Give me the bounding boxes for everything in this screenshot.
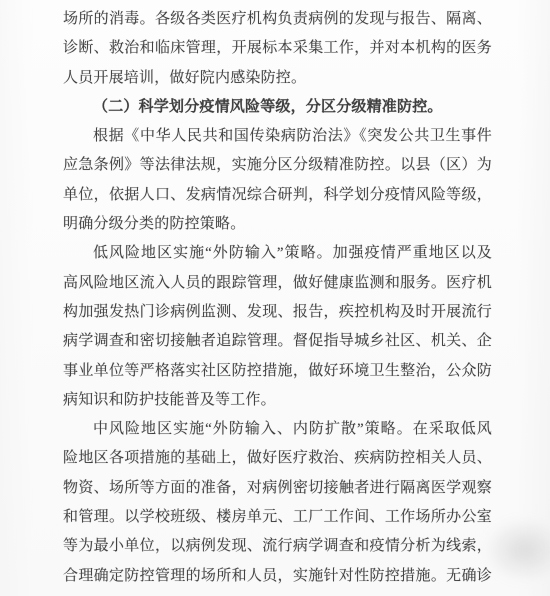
- text-line: 明确分级分类的防控策略。: [63, 210, 492, 239]
- text-line: 单位，依据人口、发病情况综合研判，科学划分疫情风险等级，: [63, 181, 492, 210]
- text-line: 等为最小单位，以病例发现、流行病学调查和疫情分析为线索，: [63, 532, 492, 561]
- text-line: 根据《中华人民共和国传染病防治法》《突发公共卫生事件: [63, 122, 492, 151]
- text-line: 物资、场所等方面的准备，对病例密切接触者进行隔离医学观察: [63, 474, 492, 503]
- text-line: 应急条例》等法律法规，实施分区分级精准防控。以县（区）为: [63, 151, 492, 180]
- text-line: 和管理。以学校班级、楼房单元、工厂工作间、工作场所办公室: [63, 503, 492, 532]
- document-page: 场所的消毒。各级各类医疗机构负责病例的发现与报告、隔离、诊断、救治和临床管理，开…: [0, 0, 550, 596]
- text-line: 构加强发热门诊病例监测、发现、报告，疾控机构及时开展流行: [63, 298, 492, 327]
- text-line: 低风险地区实施“外防输入”策略。加强疫情严重地区以及: [63, 239, 492, 268]
- text-line: 病知识和防护技能普及等工作。: [63, 386, 492, 415]
- text-line: 病学调查和密切接触者追踪管理。督促指导城乡社区、机关、企: [63, 327, 492, 356]
- section-heading-line: （二）科学划分疫情风险等级，分区分级精准防控。: [63, 93, 492, 122]
- text-line: 中风险地区实施“外防输入、内防扩散”策略。在采取低风: [63, 415, 492, 444]
- text-line: 险地区各项措施的基础上，做好医疗救治、疾病防控相关人员、: [63, 444, 492, 473]
- text-line: 诊断、救治和临床管理，开展标本采集工作，并对本机构的医务: [63, 34, 492, 63]
- text-line: 人员开展培训，做好院内感染防控。: [63, 64, 492, 93]
- text-line: 合理确定防控管理的场所和人员，实施针对性防控措施。无确诊: [63, 562, 492, 591]
- text-block: 场所的消毒。各级各类医疗机构负责病例的发现与报告、隔离、诊断、救治和临床管理，开…: [63, 5, 492, 591]
- text-line: 事业单位等严格落实社区防控措施，做好环境卫生整治，公众防: [63, 357, 492, 386]
- text-line: 场所的消毒。各级各类医疗机构负责病例的发现与报告、隔离、: [63, 5, 492, 34]
- text-line: 高风险地区流入人员的跟踪管理，做好健康监测和服务。医疗机: [63, 269, 492, 298]
- scan-smudge: [484, 518, 550, 582]
